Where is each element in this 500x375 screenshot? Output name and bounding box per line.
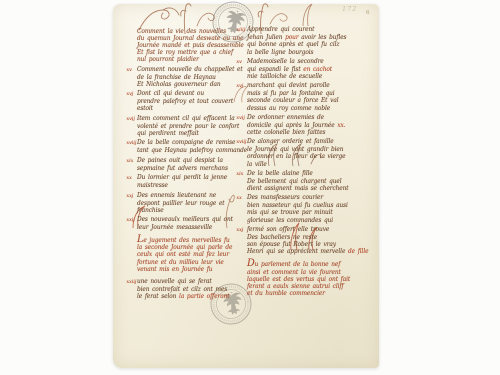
script-text: Henri qui se apprécient mervelle — [247, 248, 348, 255]
chapter-entry: xxiijune nouvelle qui se feratbien contr… — [137, 278, 230, 300]
script-text: tant que Haynau palefroy commande — [137, 147, 247, 154]
text-line: Henri qui se apprécient mervelle de fill… — [247, 248, 371, 255]
entry-numeral: xxij — [126, 217, 137, 224]
script-text: Et fist le roy mettre que a chief — [137, 49, 233, 56]
entry-numeral: xix — [236, 171, 247, 178]
script-text: ainsi et comment la vie fourent — [247, 269, 341, 276]
script-text: domicile qui après la Journée — [247, 122, 337, 129]
script-text: De paines ouit qui despist la — [137, 157, 223, 164]
script-text: prendre palefroy et tout couvert — [137, 98, 233, 105]
chapter-entry: xxDes mansfesseurs courierbien nasseteur… — [247, 194, 371, 224]
script-text: dessus au roy comme noble — [247, 105, 330, 112]
text-line: xiiijApprendre qui courent — [247, 26, 371, 34]
script-text: Dont cil qui devant ou — [137, 90, 204, 97]
script-text: venant mis en Journée fu — [137, 266, 212, 273]
chapter-entry: xviijDe la belle compaigne de remisetant… — [137, 139, 230, 154]
script-text: Item comment cil qui effacent la — [137, 115, 235, 122]
entry-numeral: xvj — [126, 91, 137, 98]
entry-numeral: xv — [126, 67, 137, 74]
script-text: despont paillier leur rouge et — [137, 200, 225, 207]
entry-numeral: xxj — [126, 193, 137, 200]
text-line: bien contrefait et cilz ont mes — [137, 286, 230, 293]
chapter-entry: xxijDes nouveaulx meilleurs qui ontleur … — [137, 216, 230, 231]
text-line: fortune et du millieu leur vie — [137, 259, 230, 266]
text-line: xxiijune nouvelle qui se ferat — [137, 278, 230, 286]
text-line: xvijItem comment cil qui effacent la — [137, 115, 230, 123]
text-line: et du humble commencier — [247, 290, 371, 297]
script-text: une nouvelle qui se ferat — [137, 278, 212, 285]
scan-background: 172 6 Comment la vie des nouvellesdu que… — [0, 0, 500, 375]
text-line: mis qui se trouve par minuit — [247, 209, 371, 216]
chapter-entry: xixDe la belle alaine filleDe bellement … — [247, 170, 371, 193]
text-line: Du parlement de la bonne nef — [247, 260, 371, 268]
text-line: cette colonelle bien faittes — [247, 129, 371, 136]
rubric-block: Du parlement de la bonne nefainsi et com… — [247, 260, 371, 297]
entry-numeral: xxiij — [126, 279, 137, 286]
text-line: sepmaine fut advers merchans — [137, 165, 230, 172]
text-line: Des bacheliers ne reste — [247, 234, 371, 241]
script-text: la belle ligne bourgois — [247, 49, 313, 56]
text-line: xxDu lormier qui perdit la jenne — [137, 174, 230, 182]
text-line: tant que Haynau palefroy commande — [137, 147, 230, 154]
entry-numeral: xiiij — [236, 27, 247, 34]
script-text: sepmaine fut advers merchans — [137, 165, 228, 172]
script-text: son épouse fut Robert le vray — [247, 241, 336, 248]
chapter-entry: xxjfermé son offert elle trouveDes bache… — [247, 226, 371, 256]
rubricated-words: xx. — [337, 122, 345, 129]
script-text: maistresse — [137, 182, 168, 189]
script-text: la ville — [247, 161, 267, 168]
text-line: xxjDes ennemis lieutenant ne — [137, 192, 230, 200]
script-text: seconde couleur a force Et val — [247, 97, 338, 104]
text-line: leur Journée mesasseville — [137, 224, 230, 231]
text-line: qui espandi le fist en cachot — [247, 66, 371, 73]
script-text: franchise — [137, 207, 164, 214]
script-text: cette colonelle bien faittes — [247, 129, 325, 136]
text-line: xvComment nouvelle du chappellet et — [137, 66, 230, 74]
script-text: qui perdirent meffait — [137, 130, 199, 137]
chapter-entry: xvjmarchant qui devint parollemais si fu… — [247, 82, 371, 112]
text-line: volenté et prendre pour le confort — [137, 123, 230, 130]
text-line: Journée mandé et puis desassemble — [137, 42, 230, 49]
entry-numeral: xvij — [236, 115, 247, 122]
script-text: Apprendre qui courent — [247, 26, 314, 33]
chapter-entry: xvMademoiselle la secondrequi espandi le… — [247, 58, 371, 81]
text-line: xxijDes nouveaulx meilleurs qui ont — [137, 216, 230, 224]
text-line: mais si fu par la fontaine qui — [247, 90, 371, 97]
script-text: fortune et du millieu leur vie — [137, 259, 224, 266]
entry-numeral: xix — [126, 158, 137, 165]
script-text: fermé son offert elle trouve — [247, 226, 329, 233]
chapter-entry: xixDe paines ouit qui despist lasepmaine… — [137, 157, 230, 172]
script-text: Et Nicholas gouverneur dan — [137, 81, 220, 88]
rubricated-words: de fille — [348, 248, 368, 255]
script-text: ceulx qui ont esté mal fez leur — [137, 251, 229, 258]
script-text: De ordonner ennemies de — [247, 114, 324, 121]
script-text: Des bacheliers ne reste — [247, 234, 317, 241]
text-line: xvjDont cil qui devant ou — [137, 90, 230, 98]
script-text: leur Journée mesasseville — [137, 224, 212, 231]
text-line: franchise — [137, 207, 230, 214]
script-text: marchant qui devint parolle — [247, 82, 330, 89]
opening-block: Comment la vie des nouvellesdu quemun Jo… — [137, 28, 230, 63]
chapter-entry: xvijDe ordonner ennemies dedomicile qui … — [247, 114, 371, 137]
chapter-entry: xvjDont cil qui devant ouprendre palefro… — [137, 90, 230, 112]
script-text: estoit — [137, 105, 153, 112]
text-line: despont paillier leur rouge et — [137, 200, 230, 207]
entry-numeral: xv — [236, 59, 247, 66]
script-text: Du parlement de la bonne nef — [247, 261, 340, 268]
text-line: maistresse — [137, 182, 230, 189]
text-line: mie tailloiche de escuelle — [247, 73, 371, 80]
penwork-flourish — [299, 2, 317, 26]
chapter-entry: xxjDes ennemis lieutenant nedespont pail… — [137, 192, 230, 214]
text-line: xixDe la belle alaine fille — [247, 170, 371, 178]
script-text: Comment la vie des nouvelles — [137, 28, 226, 35]
script-text: le Journée qui vont grandir bien — [247, 146, 343, 153]
script-text: dient assignent mais se cherchent — [247, 185, 349, 192]
rubricated-words: en cachot — [303, 66, 332, 73]
entry-numeral: xviij — [236, 139, 247, 146]
text-line: nul pourront plaidier — [137, 56, 230, 63]
script-text: qui bonne après et quel fu cilz — [247, 41, 339, 48]
script-text: Du lormier qui perdit la jenne — [137, 174, 227, 181]
text-line: ferant a eaulx sienne autrui cliff — [247, 283, 371, 290]
script-text: glorieuse les commandes qui — [247, 217, 333, 224]
text-line: xxjfermé son offert elle trouve — [247, 226, 371, 234]
script-text: ordonner en la fleur de la vierge — [247, 153, 346, 160]
text-line: De bellement qui chargent quel — [247, 178, 371, 185]
script-text: Le jugement des merveilles fu — [137, 237, 230, 244]
manuscript-page: 172 6 Comment la vie des nouvellesdu que… — [113, 4, 379, 368]
script-text: De la belle alaine fille — [247, 170, 313, 177]
entry-numeral: xviij — [126, 140, 137, 147]
script-text: Des ennemis lieutenant ne — [137, 192, 216, 199]
text-line: le Journée qui vont grandir bien — [247, 146, 371, 153]
chapter-entry: xvComment nouvelle du chappellet etde la… — [137, 66, 230, 88]
script-text: du quemun Journal deswate ou une — [137, 35, 243, 42]
entry-numeral: xx — [126, 175, 137, 182]
script-text: nul pourront plaidier — [137, 56, 199, 63]
script-text: volenté et prendre pour le confort — [137, 123, 239, 130]
text-line: xxDes mansfesseurs courier — [247, 194, 371, 202]
script-text: et du humble commencier — [247, 290, 325, 297]
script-text: laquelle est des vertus qui ont fait — [247, 276, 350, 283]
chapter-entry: xvijItem comment cil qui effacent lavole… — [137, 115, 230, 137]
script-text: bien contrefait et cilz ont mes — [137, 286, 227, 293]
text-line: de la franchise de Haynau — [137, 74, 230, 81]
text-line: qui bonne après et quel fu cilz — [247, 41, 371, 48]
script-text: le ferat selon — [137, 293, 179, 300]
text-line: Et Nicholas gouverneur dan — [137, 81, 230, 88]
text-line: Le jugement des merveilles fu — [137, 236, 230, 244]
pencil-folio-number: 172 — [342, 5, 357, 13]
text-line: ordonner en la fleur de la vierge — [247, 153, 371, 160]
text-line: ainsi et comment la vie fourent — [247, 269, 371, 276]
left-text-column: Comment la vie des nouvellesdu quemun Jo… — [137, 28, 230, 302]
chapter-entry: xxDu lormier qui perdit la jennemaistres… — [137, 174, 230, 189]
entry-numeral: xxj — [236, 227, 247, 234]
text-line: dessus au roy comme noble — [247, 105, 371, 112]
text-line: prendre palefroy et tout couvert — [137, 98, 230, 105]
text-line: xvMademoiselle la secondre — [247, 58, 371, 66]
text-line: du quemun Journal deswate ou une — [137, 35, 230, 42]
script-text: ferant a eaulx sienne autrui cliff — [247, 283, 343, 290]
text-line: xvjmarchant qui devint parolle — [247, 82, 371, 90]
script-text: De alonger orderie et famille — [247, 138, 334, 145]
chapter-entry: xiiijApprendre qui courentJehan Julien p… — [247, 26, 371, 56]
entry-numeral: xx — [236, 195, 247, 202]
text-line: domicile qui après la Journée xx. — [247, 122, 371, 129]
text-line: le ferat selon la partie offerant — [137, 293, 230, 300]
script-text: de la franchise de Haynau — [137, 74, 216, 81]
text-line: xviijDe alonger orderie et famille — [247, 138, 371, 146]
rubricated-words: la partie offerant — [179, 293, 229, 300]
script-text: mais si fu par la fontaine qui — [247, 90, 335, 97]
script-text: qui espandi le fist — [247, 66, 303, 73]
entry-numeral: xvij — [126, 116, 137, 123]
script-text: De la belle compaigne de remise — [137, 139, 235, 146]
text-line: qui perdirent meffait — [137, 130, 230, 137]
text-line: ceulx qui ont esté mal fez leur — [137, 251, 230, 258]
script-text: mis qui se trouve par minuit — [247, 209, 333, 216]
entry-numeral: xvj — [236, 83, 247, 90]
text-line: xixDe paines ouit qui despist la — [137, 157, 230, 165]
text-line: Et fist le roy mettre que a chief — [137, 49, 230, 56]
text-line: Comment la vie des nouvelles — [137, 28, 230, 35]
text-line: glorieuse les commandes qui — [247, 217, 371, 224]
text-line: la belle ligne bourgois — [247, 49, 371, 56]
script-text: mie tailloiche de escuelle — [247, 73, 322, 80]
script-text: Des mansfesseurs courier — [247, 194, 323, 201]
script-text: Journée mandé et puis desassemble — [137, 42, 244, 49]
script-text: Mademoiselle la secondre — [247, 58, 324, 65]
text-line: dient assignent mais se cherchent — [247, 185, 371, 192]
text-line: estoit — [137, 105, 230, 112]
text-line: laquelle est des vertus qui ont fait — [247, 276, 371, 283]
text-line: bien nasseteur qui fu cuelius ausi — [247, 202, 371, 209]
rubric-block: Le jugement des merveilles fula seconde … — [137, 236, 230, 273]
text-line: xvijDe ordonner ennemies de — [247, 114, 371, 122]
right-text-column: xiiijApprendre qui courentJehan Julien p… — [247, 26, 371, 299]
script-text: bien nasseteur qui fu cuelius ausi — [247, 202, 348, 209]
chapter-entry: xviijDe alonger orderie et famillele Jou… — [247, 138, 371, 168]
text-line: seconde couleur a force Et val — [247, 97, 371, 104]
text-line: venant mis en Journée fu — [137, 266, 230, 273]
corner-ink-mark: 6 — [366, 10, 370, 16]
text-line: xviijDe la belle compaigne de remise — [137, 139, 230, 147]
text-line: la ville — [247, 161, 371, 168]
script-text: Comment nouvelle du chappellet et — [137, 66, 243, 73]
script-text: Des nouveaulx meilleurs qui ont — [137, 216, 233, 223]
script-text: De bellement qui chargent quel — [247, 178, 342, 185]
